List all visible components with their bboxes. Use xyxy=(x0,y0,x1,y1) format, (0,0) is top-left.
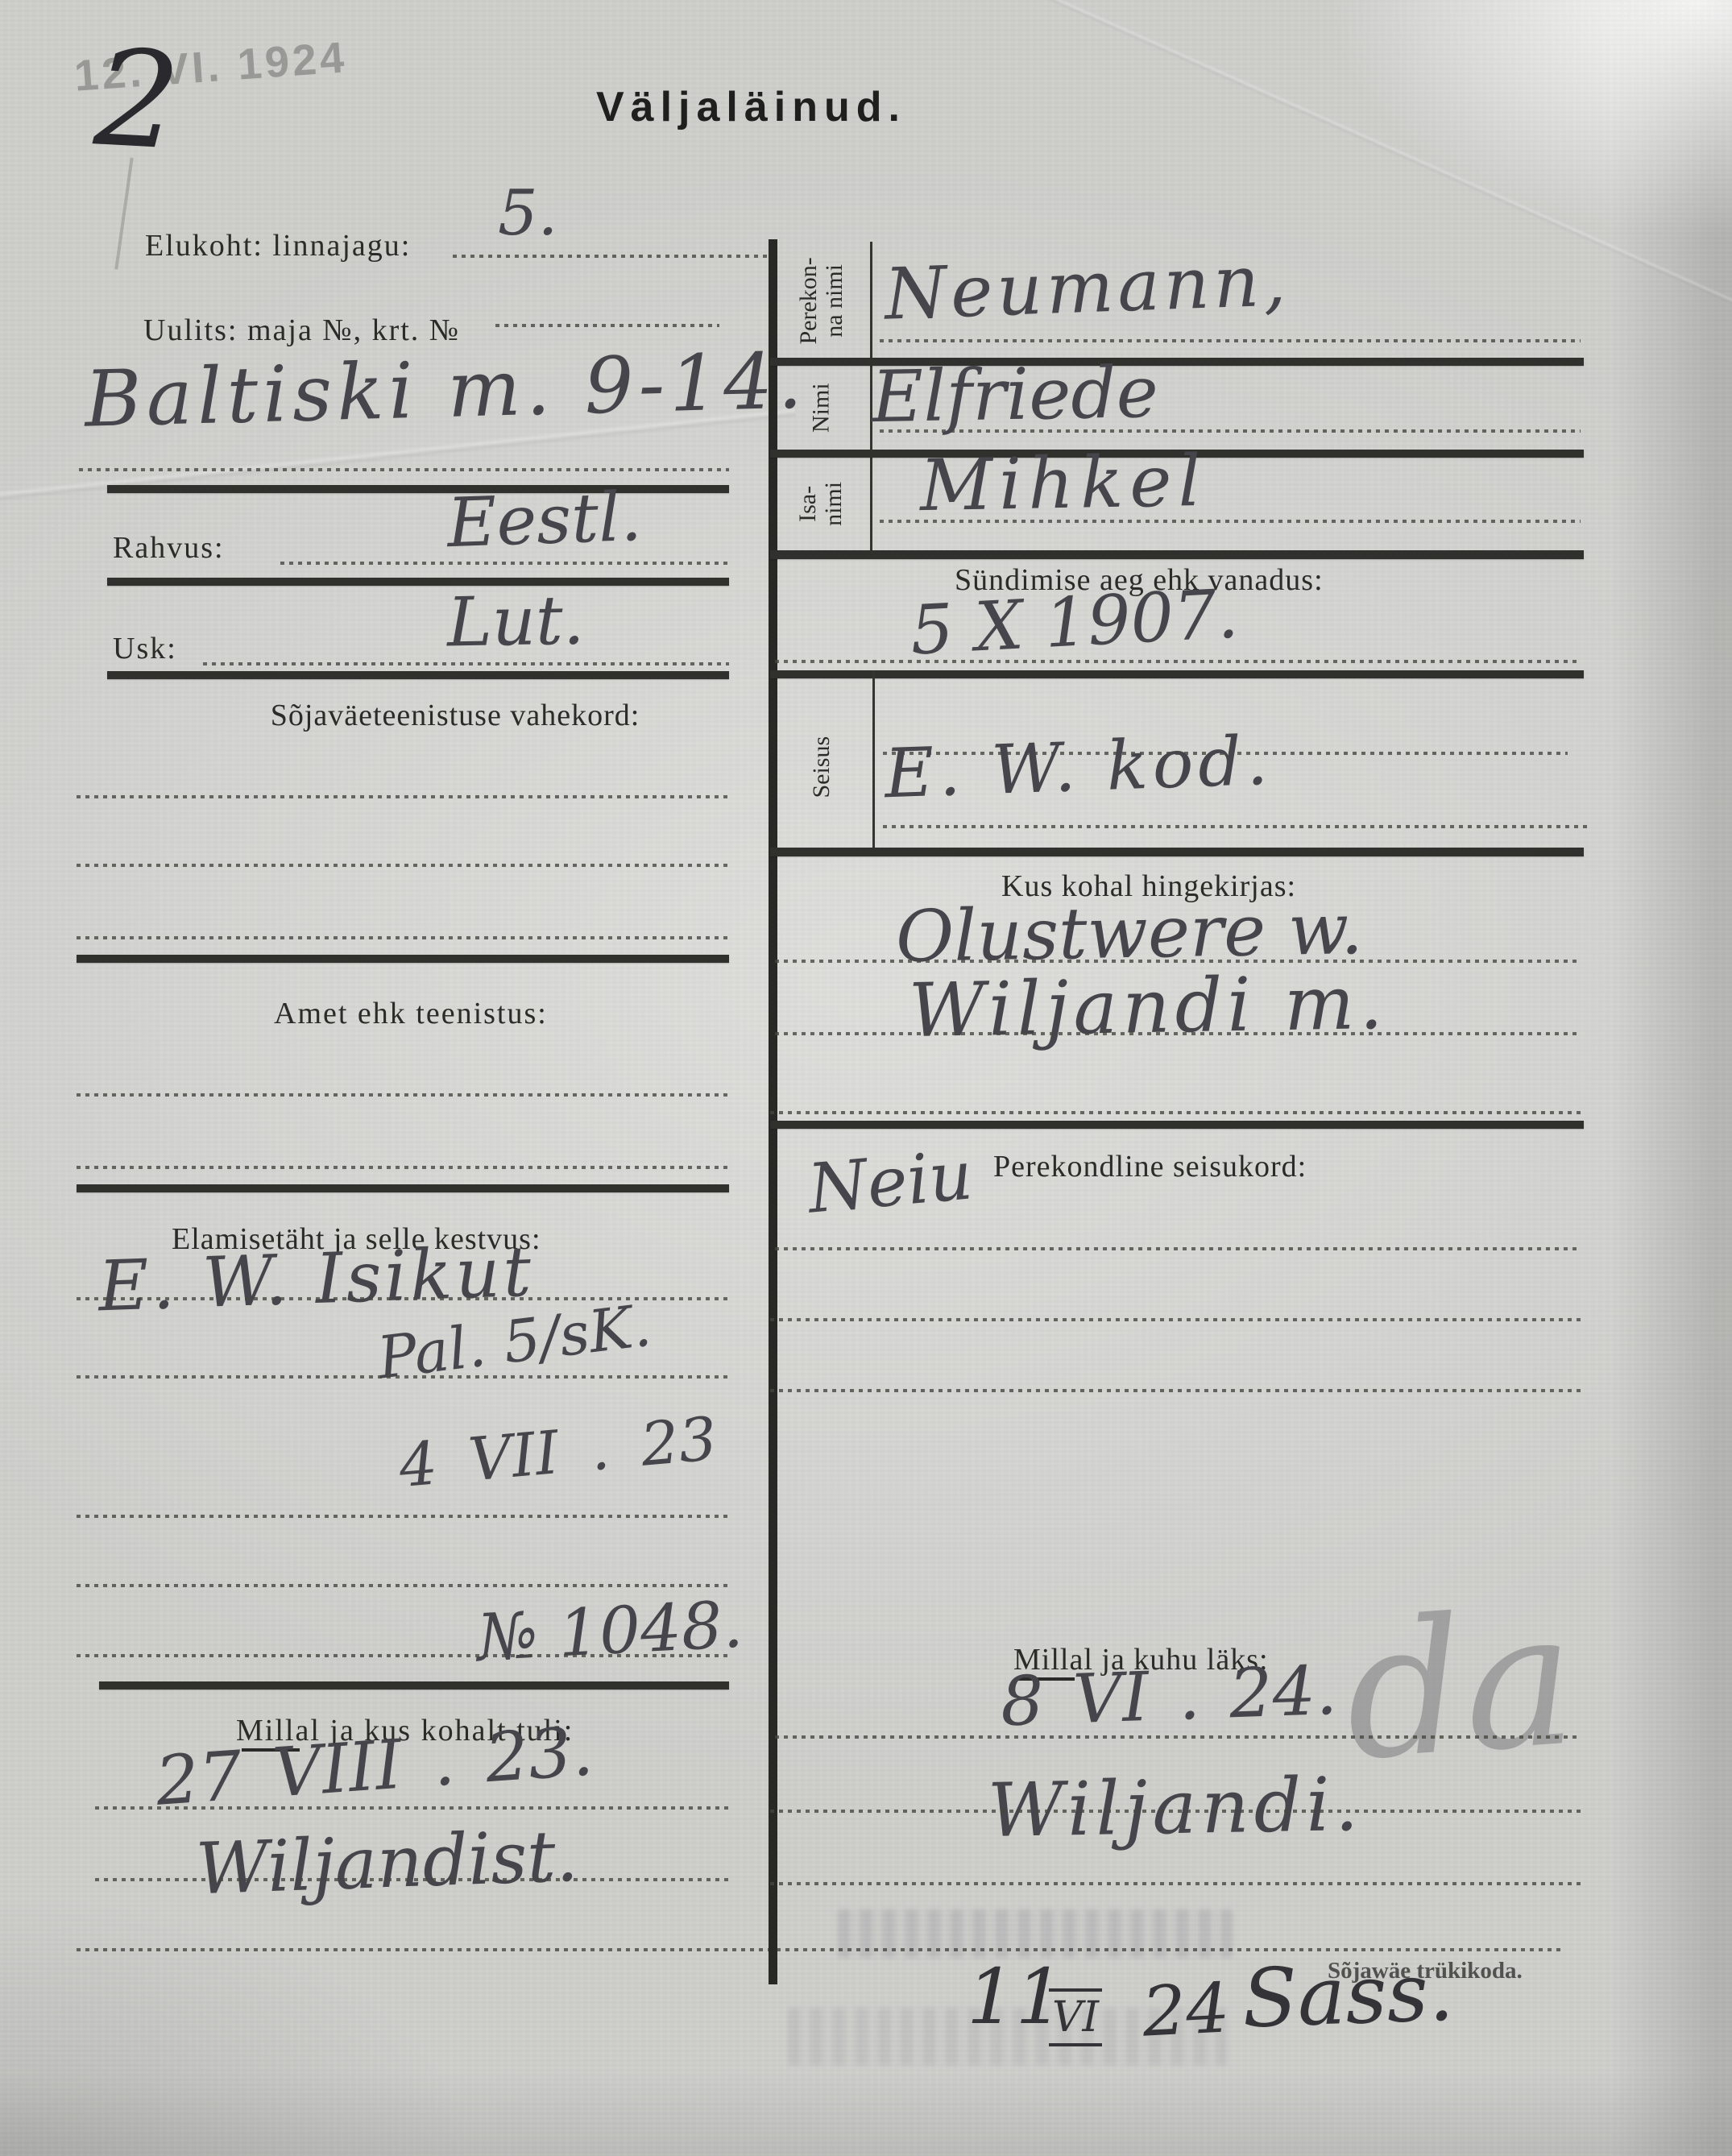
rule-thick xyxy=(99,1681,729,1690)
elukoht-label: Elukoht: linnajagu: xyxy=(145,228,411,263)
faint-stamp xyxy=(838,1909,1233,1958)
uulits-label: Uulits: maja №, krt. № xyxy=(143,313,460,348)
laks-value-line2: Wiljandi. xyxy=(987,1761,1364,1854)
rule-dotted xyxy=(77,1515,729,1518)
footer-signature: Sass. xyxy=(1241,1944,1455,2046)
usk-label: Usk: xyxy=(113,631,177,666)
rule-dotted xyxy=(770,1318,1581,1321)
rule-dotted xyxy=(95,1806,729,1810)
rule-dotted xyxy=(77,864,729,867)
rule-thick xyxy=(77,955,729,963)
scanned-form-page: 12. VI. 1924 2 Väljaläinud. Elukoht: lin… xyxy=(0,0,1732,2156)
amet-label: Amet ehk teenistus: xyxy=(274,996,548,1031)
rule-dotted xyxy=(77,1654,729,1657)
rule-thick xyxy=(770,670,1584,678)
stamp-overwrite-digit: 2 xyxy=(91,20,184,179)
rule-dotted xyxy=(77,795,729,798)
perekonnanimi-label-line1: Perekon- xyxy=(796,257,822,344)
rule-dotted xyxy=(77,936,729,939)
rule-dotted xyxy=(77,1584,729,1587)
uulits-value: Baltiski m. 9-14. xyxy=(84,335,808,444)
laks-value-line1: 8 VI . 24. xyxy=(999,1651,1338,1742)
sundimine-value: 5 X 1907. xyxy=(909,574,1241,670)
footer-date-month: VI xyxy=(1049,1988,1102,2046)
rule-dotted xyxy=(883,825,1592,828)
seisus-value: E. W. kod. xyxy=(883,721,1274,814)
rule-dotted xyxy=(770,1810,1581,1813)
nimi-label: Nimi xyxy=(775,366,868,450)
rule-dotted xyxy=(77,1093,729,1097)
rule-dotted xyxy=(495,324,719,327)
rule-thick xyxy=(770,550,1584,559)
rule-dotted xyxy=(77,1375,729,1379)
seisus-column-line xyxy=(872,670,875,852)
footer-date-year: 24 xyxy=(1140,1968,1231,2053)
rule-dotted xyxy=(77,1166,729,1169)
rule-dotted xyxy=(453,255,767,258)
rule-dotted xyxy=(775,1735,1581,1739)
perekonnanimi-label-line2: na nimi xyxy=(822,257,847,344)
rule-dotted xyxy=(770,1111,1581,1114)
tuli-value-line2: Wiljandist. xyxy=(194,1814,579,1911)
perekonnanimi-label: Perekon- na nimi xyxy=(775,242,868,359)
nimi-label-text: Nimi xyxy=(809,384,835,433)
perekondline-label: Perekondline seisukord: xyxy=(993,1149,1307,1184)
rule-thick xyxy=(107,578,729,586)
isanimi-label-line2: nimi xyxy=(822,481,847,525)
tuli-value-line1: 27 VIII . 23. xyxy=(153,1711,595,1821)
rule-dotted xyxy=(880,339,1581,342)
page-title: Väljaläinud. xyxy=(596,83,906,131)
rule-dotted xyxy=(95,1878,729,1881)
rule-thick xyxy=(77,1184,729,1192)
seisus-label-text: Seisus xyxy=(809,736,835,798)
isanimi-value: Mihkel xyxy=(919,439,1208,527)
pencil-note: da xyxy=(1338,1571,1581,1802)
isanimi-label: Isa- nimi xyxy=(775,456,868,551)
seisus-label: Seisus xyxy=(776,694,868,840)
hingekirjas-value-line2: Wiljandi m. xyxy=(908,960,1388,1054)
rule-dotted xyxy=(79,468,729,471)
rule-dotted xyxy=(775,1032,1581,1035)
rule-dotted xyxy=(203,662,729,665)
rahvus-value: Eestl. xyxy=(445,477,643,562)
elukoht-value: 5. xyxy=(498,177,557,250)
rule-dotted xyxy=(770,1389,1581,1392)
rule-dotted xyxy=(280,562,729,565)
rule-thick xyxy=(770,848,1584,856)
rule-thick xyxy=(770,1121,1584,1129)
elamisetaht-value-line4: № 1048. xyxy=(475,1586,745,1675)
rahvus-label: Rahvus: xyxy=(113,530,225,566)
perekondline-value: Neiu xyxy=(805,1135,976,1228)
elamisetaht-value-line3: 4 VII . 23 xyxy=(396,1404,719,1501)
sojavaeteenistus-label: Sõjaväeteenistuse vahekord: xyxy=(222,698,689,733)
nimi-value: Elfriede xyxy=(871,350,1158,438)
rule-dotted xyxy=(770,1882,1581,1885)
rule-thick xyxy=(107,671,729,679)
usk-value: Lut. xyxy=(446,581,585,662)
rule-dotted xyxy=(775,660,1581,663)
rule-dotted xyxy=(775,1247,1581,1250)
isanimi-label-line1: Isa- xyxy=(796,481,822,525)
perekonnanimi-value: Neumann, xyxy=(883,238,1291,335)
